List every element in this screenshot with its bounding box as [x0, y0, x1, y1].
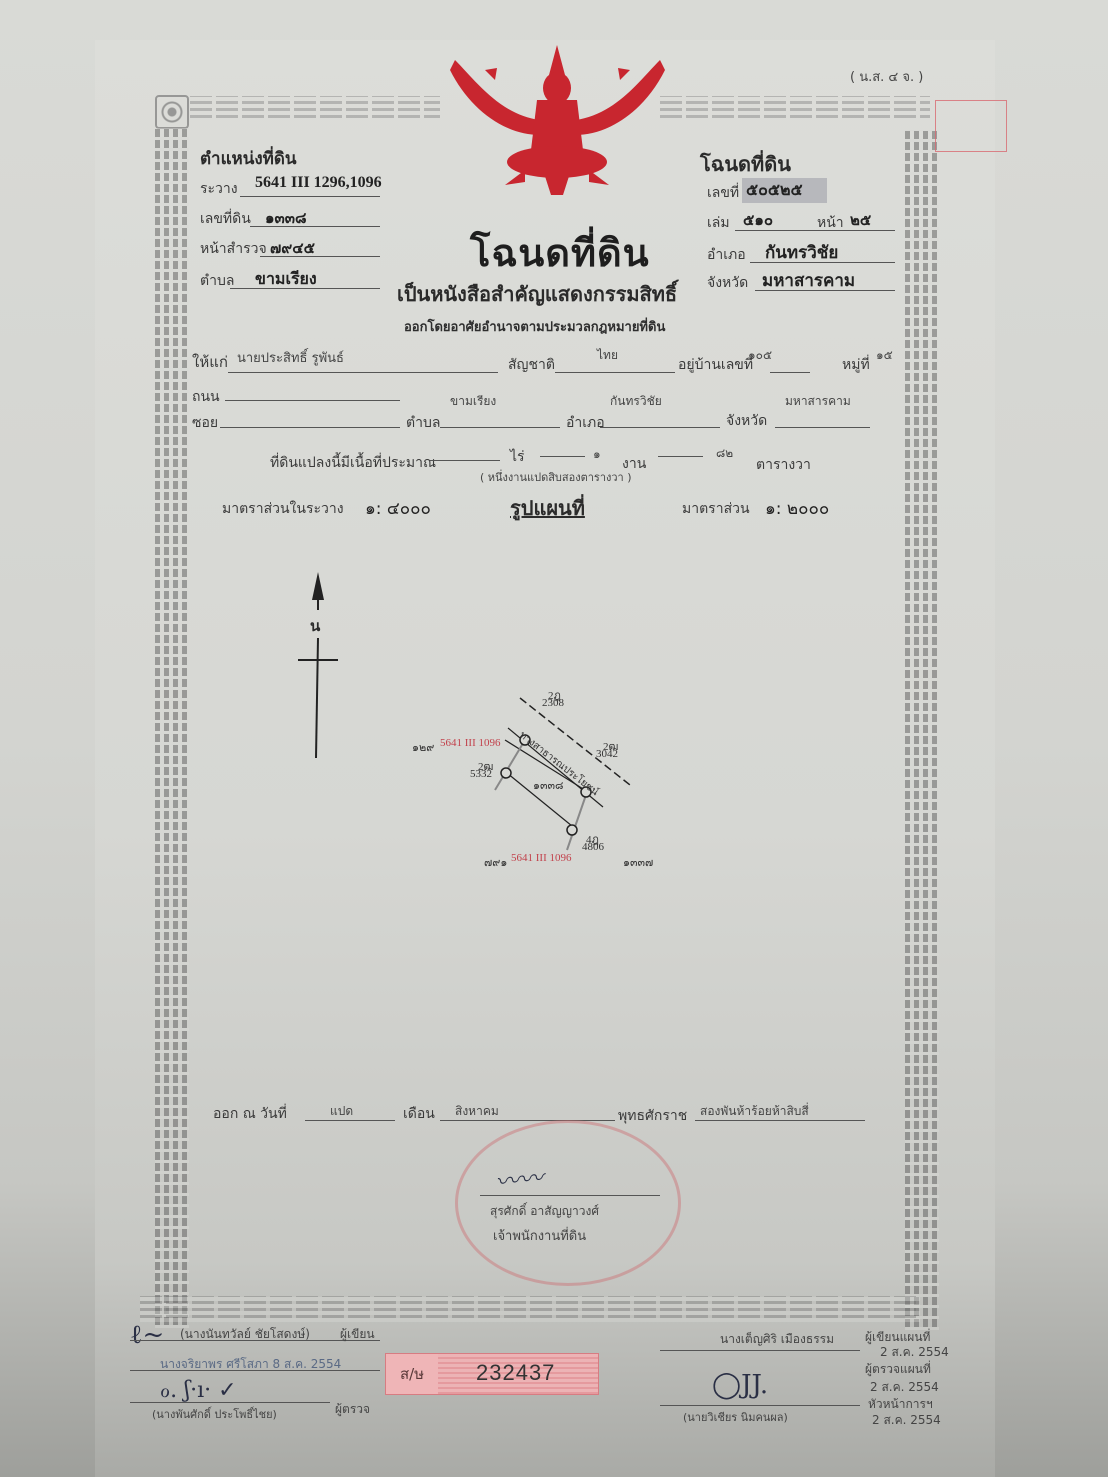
issued-date-label: ออก ณ วันที่ — [213, 1103, 287, 1125]
house-no-label: อยู่บ้านเลขที่ — [678, 354, 753, 376]
road-underline — [225, 400, 400, 401]
map-heading: รูปแผนที่ — [510, 492, 585, 524]
point-4806-value: 4806 — [582, 841, 604, 853]
province-label-top: จังหวัด — [707, 272, 748, 294]
owner-province-underline — [775, 427, 870, 428]
subtitle-authority: ออกโดยอาศัยอำนาจตามประมวลกฎหมายที่ดิน — [404, 316, 665, 337]
ngan-value: ๑ — [593, 445, 601, 464]
owner-tambon-value: ขามเรียง — [450, 392, 496, 411]
rawang-scale-value: ๑: ๔๐๐๐ — [365, 495, 431, 522]
form-code: ( น.ส. ๔ จ. ) — [850, 66, 923, 87]
issued-day-underline — [305, 1120, 395, 1121]
rai-underline — [430, 460, 500, 461]
writer-name: (นางนันทวัลย์ ชัยโสดงษ์) — [180, 1325, 310, 1344]
owner-amphoe-value: กันทรวิชัย — [610, 392, 662, 411]
house-no-underline — [770, 372, 810, 373]
point-3042-value: 3042 — [596, 748, 618, 760]
mapper-line — [660, 1350, 860, 1351]
third-name: (นางพันศักดิ์ ประโพธิ์ไชย) — [152, 1405, 277, 1423]
officer-signature-line — [480, 1195, 660, 1196]
year-value: สองพันห้าร้อยห้าสิบสี่ — [700, 1102, 809, 1121]
border-right — [905, 130, 939, 1330]
nationality-label: สัญชาติ — [508, 354, 555, 376]
border-bottom — [140, 1296, 920, 1322]
sqwa-value: ๘๒ — [716, 444, 733, 463]
officer-name: สุรศักดิ์ อาสัญญาวงศ์ — [490, 1202, 599, 1221]
head-date: 2 ส.ค. 2554 — [872, 1411, 941, 1430]
map-scale-label: มาตราส่วน — [682, 498, 750, 520]
soi-underline — [220, 427, 400, 428]
land-location-heading: ตำแหน่งที่ดิน — [200, 145, 297, 172]
serial-number-stamp: ส/ษ 232437 — [385, 1353, 599, 1395]
sqwa-underline-left — [658, 456, 703, 457]
month-value: สิงหาคม — [455, 1102, 499, 1121]
title-deed-heading: โฉนดที่ดิน — [700, 148, 791, 180]
deed-number-value: ๕๐๕๒๕ — [742, 178, 827, 203]
head-name: (นายวิเชียร นิมคนผล) — [683, 1408, 788, 1426]
owner-tambon-underline — [440, 427, 560, 428]
rawang-label: ระวาง — [200, 178, 238, 200]
soi-label: ซอย — [192, 412, 218, 434]
point-2308-value: 2308 — [542, 697, 564, 709]
checker-line: นางจริยาพร ศรีโสภา 8 ส.ค. 2554 — [160, 1355, 341, 1374]
neighbor-bottom-rawang: 5641 III 1096 — [511, 852, 572, 864]
land-no-underline — [250, 226, 380, 227]
land-no-label: เลขที่ดิน — [200, 208, 251, 230]
nationality-underline — [555, 372, 675, 373]
moo-value: ๑๕ — [876, 346, 893, 365]
book-value: ๕๑๐ — [743, 208, 773, 232]
map-scale-value: ๑: ๒๐๐๐ — [765, 495, 829, 522]
owner-province-label: จังหวัด — [726, 410, 767, 432]
book-label: เล่ม — [707, 212, 730, 234]
neighbor-top-rawang: 5641 III 1096 — [440, 737, 501, 749]
issued-day-value: แปด — [330, 1102, 353, 1121]
border-top-right — [660, 96, 930, 122]
moo-label: หมู่ที่ — [842, 354, 870, 376]
map-checker-role: ผู้ตรวจแผนที่ — [865, 1360, 931, 1379]
year-underline — [695, 1120, 865, 1121]
head-line — [660, 1405, 860, 1406]
survey-page-label: หน้าสำรวจ — [200, 238, 267, 260]
issued-to-label: ให้แก่ — [192, 350, 228, 374]
house-no-value: ๑๐๕ — [748, 346, 772, 365]
owner-province-value: มหาสารคาม — [785, 392, 851, 411]
owner-amphoe-label: อำเภอ — [566, 412, 605, 434]
owner-tambon-label: ตำบล — [406, 412, 440, 434]
parcel-number-label: ๑๓๓๘ — [533, 776, 564, 794]
tambon-underline-top — [230, 288, 380, 289]
border-corner-ornament — [155, 95, 189, 129]
amphoe-label-top: อำเภอ — [707, 244, 746, 266]
serial-number: 232437 — [476, 1360, 555, 1386]
officer-title: เจ้าพนักงานที่ดิน — [493, 1225, 586, 1246]
rawang-scale-label: มาตราส่วนในระวาง — [222, 498, 344, 520]
area-note: ( หนึ่งงานแปดสิบสองตารางวา ) — [480, 468, 632, 486]
border-left — [155, 128, 189, 1328]
neighbor-top-parcel: ๑๒๙ — [412, 738, 434, 756]
mapper-name: นางเต็ญศิริ เมืองธรรม — [720, 1330, 834, 1349]
neighbor-bottom-parcel: ๗๙๑ — [484, 853, 507, 871]
main-title: โฉนดที่ดิน — [470, 222, 650, 283]
year-label: พุทธศักราช — [618, 1105, 687, 1127]
page-value: ๒๕ — [850, 208, 871, 232]
writer-signature: ℓ~ — [130, 1320, 164, 1350]
month-label: เดือน — [403, 1103, 435, 1125]
checker-signature: ℴ. ʃ·ı· ✓ — [160, 1378, 237, 1403]
subtitle: เป็นหนังสือสำคัญแสดงกรรมสิทธิ์ — [397, 278, 677, 310]
road-label: ถนน — [192, 386, 220, 408]
garuda-emblem-icon — [445, 40, 670, 200]
checker-underline — [130, 1370, 380, 1371]
owner-amphoe-underline — [600, 427, 720, 428]
rawang-underline — [240, 196, 380, 197]
nationality-value: ไทย — [597, 346, 618, 365]
officer-signature: 〰〰 — [493, 1158, 544, 1198]
neighbor-right-parcel: ๑๓๓๗ — [623, 853, 653, 871]
rawang-value: 5641 III 1296,1096 — [255, 174, 382, 192]
survey-page-underline — [260, 256, 380, 257]
north-label: น — [310, 614, 320, 638]
map-checker-signature: ◯JJ. — [712, 1370, 768, 1400]
amphoe-underline-top — [750, 262, 895, 263]
rai-label: ไร่ — [510, 446, 525, 468]
deed-number-label: เลขที่ — [707, 182, 739, 204]
book-underline — [735, 230, 895, 231]
ngan-underline-left — [540, 456, 585, 457]
red-stamp-top-right — [935, 100, 1007, 152]
north-arrow-icon — [290, 570, 350, 760]
issued-to-value: นายประสิทธิ์ รูพันธ์ — [237, 347, 344, 368]
border-top — [190, 96, 440, 122]
area-label: ที่ดินแปลงนี้มีเนื้อที่ประมาณ — [270, 452, 436, 474]
checker-role: ผู้ตรวจ — [335, 1400, 370, 1419]
point-5332-value: 5332 — [470, 768, 492, 780]
writer-role: ผู้เขียน — [340, 1325, 375, 1344]
sqwa-label: ตารางวา — [756, 454, 811, 476]
serial-prefix: ส/ษ — [386, 1354, 438, 1394]
province-underline-top — [755, 290, 895, 291]
third-underline — [130, 1402, 330, 1403]
issued-to-underline — [228, 372, 498, 373]
